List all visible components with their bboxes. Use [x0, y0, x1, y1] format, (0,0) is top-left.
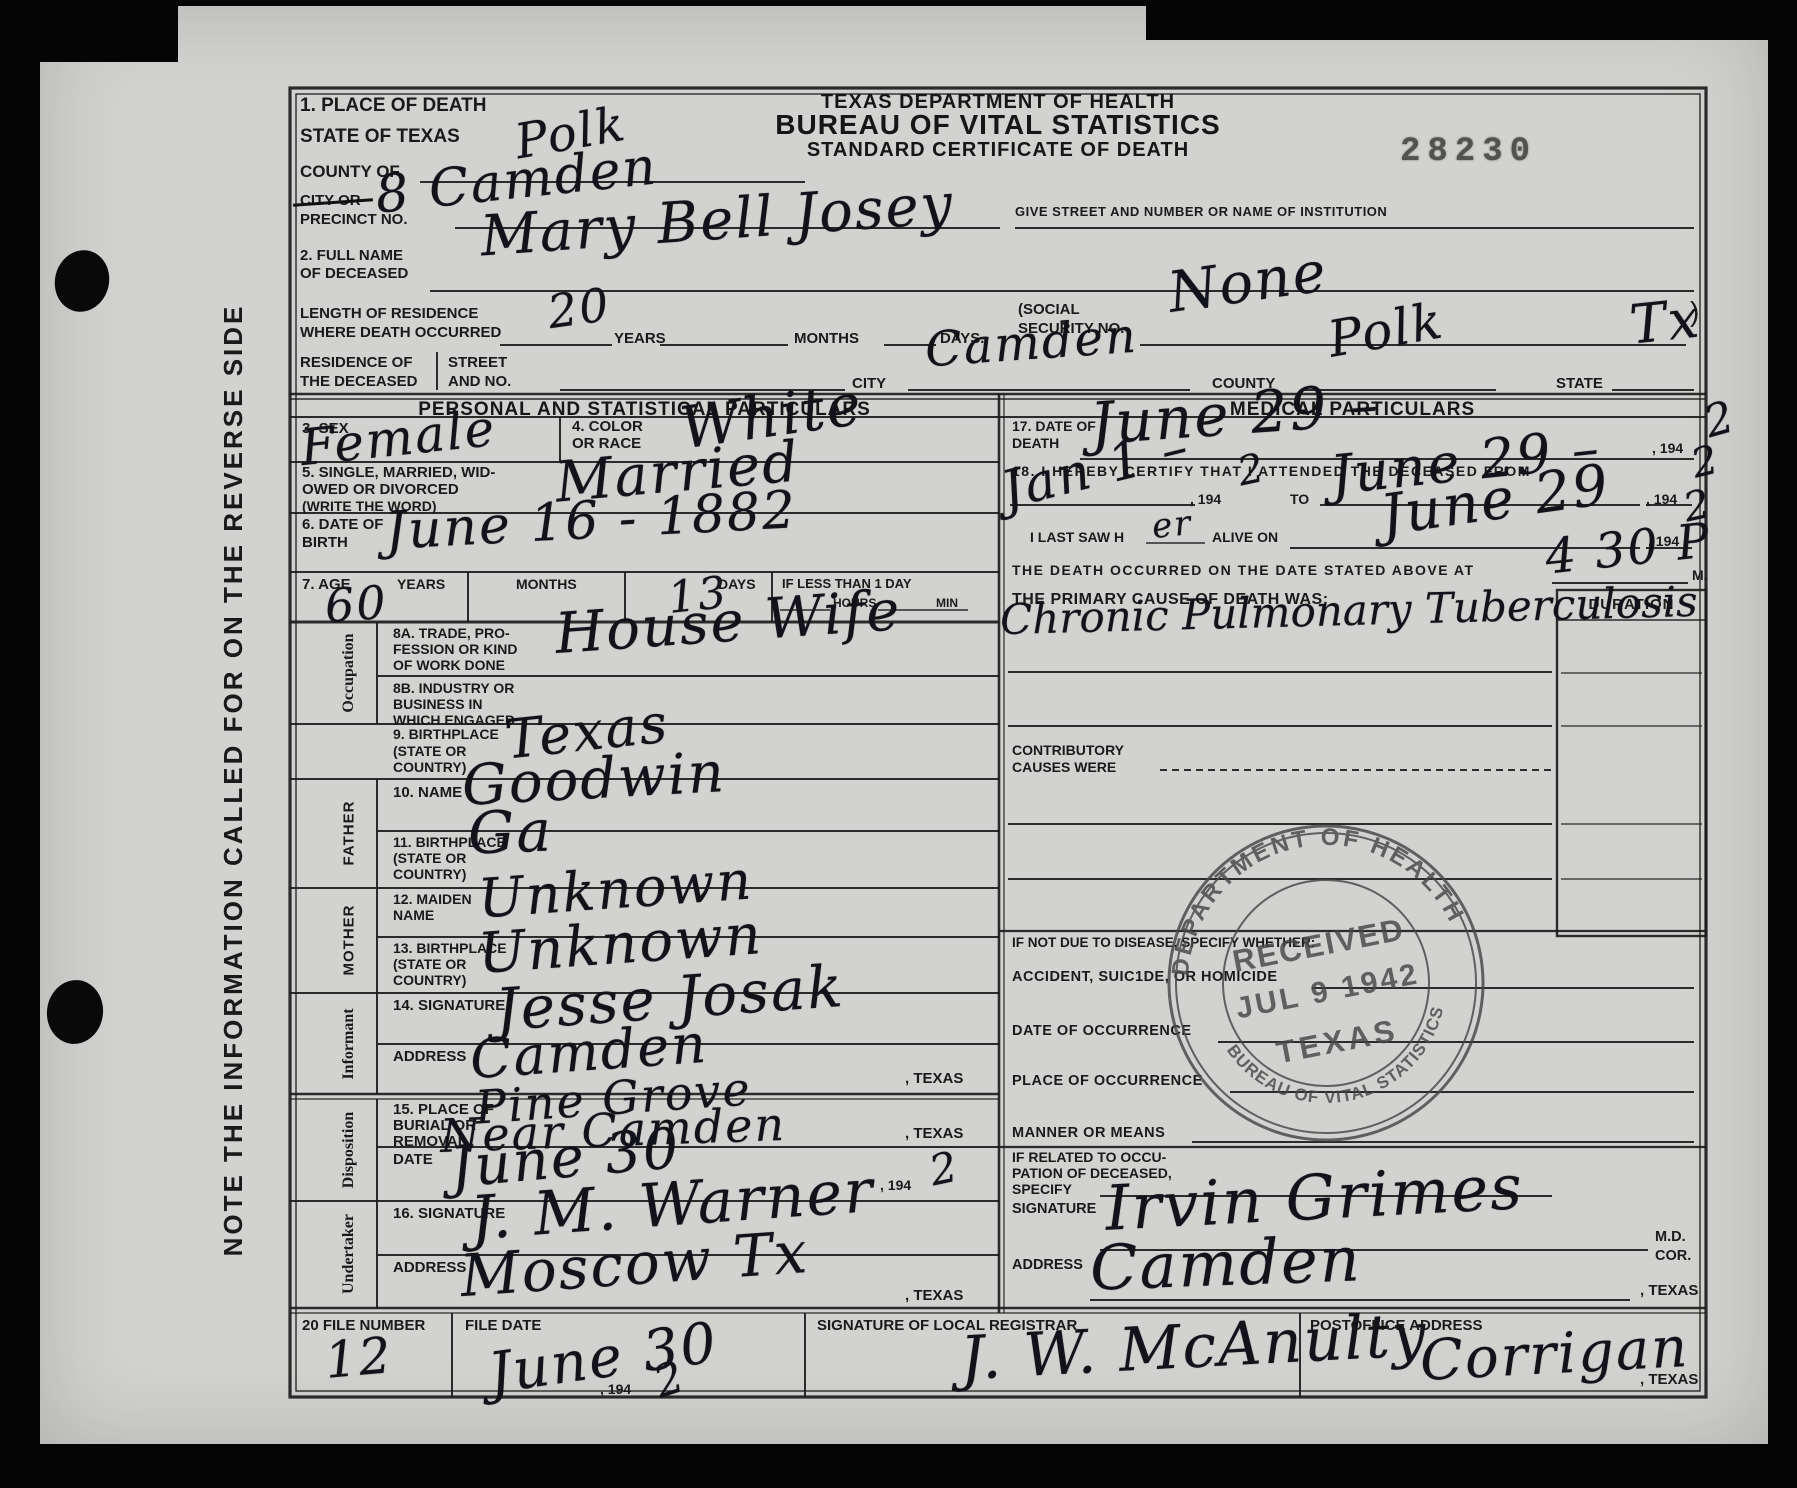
maiden-label-2: NAME: [393, 908, 434, 922]
residence-years-value: 20: [545, 284, 613, 334]
residence-length-label-2: WHERE DEATH OCCURRED: [300, 325, 501, 340]
state-value: Tx: [1628, 294, 1703, 350]
stamp-texas-text: TEXAS: [1273, 1012, 1401, 1070]
burial-texas-label: , TEXAS: [905, 1126, 963, 1141]
residence-of-label-1: RESIDENCE OF: [300, 355, 413, 370]
death-date-label-1: 17. DATE OF: [1012, 419, 1096, 433]
min-label: MIN: [936, 597, 958, 609]
manner-label: MANNER OR MEANS: [1012, 1126, 1165, 1141]
informant-texas-label: , TEXAS: [905, 1071, 963, 1086]
years-label: YEARS: [614, 331, 666, 346]
residence-length-label-1: LENGTH OF RESIDENCE: [300, 306, 478, 321]
postoffice-texas-label: , TEXAS: [1640, 1372, 1698, 1387]
age-months-label: MONTHS: [516, 577, 577, 591]
full-name-label-1: 2. FULL NAME: [300, 248, 403, 263]
last-saw-label-1: I LAST SAW H: [1030, 530, 1124, 544]
industry-label-3: WHICH ENGAGED: [393, 713, 515, 727]
occupation-side-label: Occupation: [341, 633, 357, 712]
informant-address-label: ADDRESS: [393, 1049, 466, 1064]
state-label: STATE: [1556, 376, 1603, 391]
birthplace-label-1: 9. BIRTHPLACE: [393, 727, 499, 741]
father-side-label: FATHER: [342, 801, 357, 866]
dob-label-1: 6. DATE OF: [302, 517, 383, 532]
to-label: TO: [1290, 492, 1309, 506]
undertaker-side-label: Undertaker: [341, 1214, 357, 1294]
mother-side-label: MOTHER: [342, 905, 357, 976]
age-years-label: YEARS: [397, 577, 445, 591]
physician-address-value: Camden: [1089, 1231, 1362, 1296]
birthplace-label-3: COUNTRY): [393, 760, 466, 774]
father-birthplace-label-3: COUNTRY): [393, 867, 466, 881]
contributory-label-2: CAUSES WERE: [1012, 760, 1116, 774]
file-194-label: , 194: [600, 1382, 631, 1396]
mother-birthplace-label-3: COUNTRY): [393, 973, 466, 987]
trade-label-3: OF WORK DONE: [393, 658, 505, 672]
occurred-at-label: THE DEATH OCCURRED ON THE DATE STATED AB…: [1012, 563, 1475, 577]
color-label-1: 4. COLOR: [572, 419, 643, 434]
informant-side-label: Informant: [341, 1008, 357, 1079]
full-name-label-2: OF DECEASED: [300, 266, 408, 281]
physician-address-label: ADDRESS: [1012, 1258, 1083, 1273]
months-label: MONTHS: [794, 331, 859, 346]
street-label-2: AND NO.: [448, 374, 511, 389]
physician-texas-label: , TEXAS: [1640, 1283, 1698, 1298]
contributory-label-1: CONTRIBUTORY: [1012, 743, 1124, 757]
trade-label-2: FESSION OR KIND: [393, 642, 517, 656]
file-date-label: FILE DATE: [465, 1318, 541, 1333]
cor-label: COR.: [1655, 1249, 1691, 1264]
undertaker-address-label: ADDRESS: [393, 1260, 466, 1275]
trade-label-1: 8A. TRADE, PRO-: [393, 626, 510, 640]
marital-label-2: OWED OR DIVORCED: [302, 482, 459, 497]
father-birthplace-label-2: (STATE OR: [393, 851, 466, 865]
industry-label-1: 8B. INDUSTRY OR: [393, 681, 514, 695]
death-194-label: , 194: [1652, 441, 1683, 455]
death-certificate-scan: NOTE THE INFORMATION CALLED FOR ON THE R…: [0, 0, 1797, 1488]
father-name-label: 10. NAME: [393, 785, 462, 800]
file-number-value: 12: [323, 1333, 394, 1384]
last-saw-fill: er: [1151, 508, 1194, 543]
disposition-side-label: Disposition: [341, 1112, 357, 1188]
informant-signature-label: 14. SIGNATURE: [393, 998, 505, 1013]
mother-birthplace-label-2: (STATE OR: [393, 957, 466, 971]
md-label: M.D.: [1655, 1230, 1686, 1245]
bureau-title: BUREAU OF VITAL STATISTICS: [290, 111, 1706, 139]
industry-label-2: BUSINESS IN: [393, 697, 482, 711]
marital-label-1: 5. SINGLE, MARRIED, WID-: [302, 465, 495, 480]
birthplace-label-2: (STATE OR: [393, 744, 466, 758]
reverse-side-note: NOTE THE INFORMATION CALLED FOR ON THE R…: [220, 304, 246, 1257]
burial-date-label: DATE: [393, 1152, 433, 1167]
maiden-label-1: 12. MAIDEN: [393, 892, 472, 906]
dob-label-2: BIRTH: [302, 535, 348, 550]
father-birthplace-value: Ga: [467, 805, 554, 860]
residence-of-label-2: THE DECEASED: [300, 374, 418, 389]
undertaker-texas-label: , TEXAS: [905, 1288, 963, 1303]
street-note-label: GIVE STREET AND NUMBER OR NAME OF INSTIT…: [1015, 205, 1387, 218]
received-stamp: DEPARTMENT OF HEALTH BUREAU OF VITAL STA…: [1129, 786, 1523, 1180]
street-label-1: STREET: [448, 355, 507, 370]
age-value: 60: [324, 582, 389, 628]
from-194-label: , 194: [1190, 492, 1221, 506]
death-time-value: 4 30 P: [1543, 519, 1713, 579]
city-value: Camden: [924, 315, 1139, 373]
related-label-3: SPECIFY: [1012, 1182, 1072, 1196]
related-label-1: IF RELATED TO OCCU-: [1012, 1150, 1166, 1164]
burial-194-label: , 194: [880, 1178, 911, 1192]
last-saw-label-2: ALIVE ON: [1212, 530, 1278, 544]
physician-signature-label: SIGNATURE: [1012, 1202, 1096, 1217]
to-194-label: , 194: [1646, 492, 1677, 506]
